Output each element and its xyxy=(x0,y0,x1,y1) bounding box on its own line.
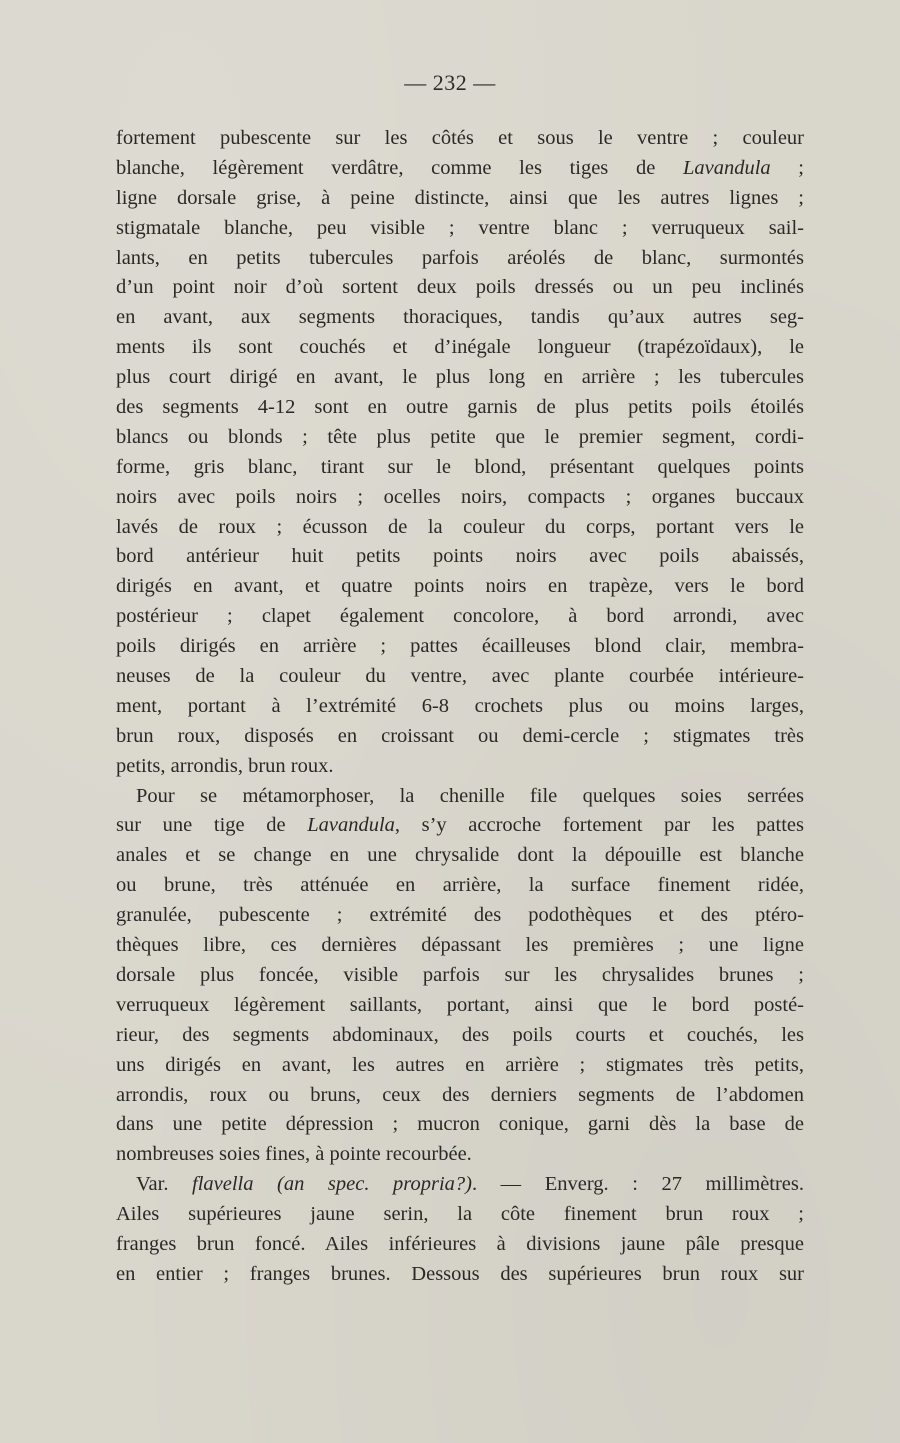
text-line: dirigés en avant, et quatre points noirs… xyxy=(116,572,804,602)
paragraph-metamorphosis: Pour se métamorphoser, la chenille file … xyxy=(116,782,804,1171)
text-line: blancs ou blonds ; tête plus petite que … xyxy=(116,423,804,453)
text-line: franges brun foncé. Ailes inférieures à … xyxy=(116,1230,804,1260)
text-line: Var. flavella (an spec. propria?). — Env… xyxy=(116,1170,804,1200)
text-line: fortement pubescente sur les côtés et so… xyxy=(116,124,804,154)
text-line: thèques libre, ces dernières dépassant l… xyxy=(116,931,804,961)
text-line: uns dirigés en avant, les autres en arri… xyxy=(116,1051,804,1081)
text-line: en avant, aux segments thoraciques, tand… xyxy=(116,303,804,333)
text-line: sur une tige de Lavandula, s’y accroche … xyxy=(116,811,804,841)
text-line: lants, en petits tubercules parfois aréo… xyxy=(116,244,804,274)
text-line: ments ils sont couchés et d’inégale long… xyxy=(116,333,804,363)
text-line: blanche, légèrement verdâtre, comme les … xyxy=(116,154,804,184)
text-line: Pour se métamorphoser, la chenille file … xyxy=(116,782,804,812)
paragraph-continuation: fortement pubescente sur les côtés et so… xyxy=(116,124,804,782)
text-line: forme, gris blanc, tirant sur le blond, … xyxy=(116,453,804,483)
text-line: lavés de roux ; écusson de la couleur du… xyxy=(116,513,804,543)
text-line: dans une petite dépression ; mucron coni… xyxy=(116,1110,804,1140)
genus-name: Lavandula xyxy=(683,157,771,179)
text-line: arrondis, roux ou bruns, ceux des dernie… xyxy=(116,1081,804,1111)
book-page: — 232 — fortement pubescente sur les côt… xyxy=(0,0,900,1443)
text-line: anales et se change en une chrysalide do… xyxy=(116,841,804,871)
text-line: en entier ; franges brunes. Dessous des … xyxy=(116,1260,804,1290)
text-line: noirs avec poils noirs ; ocelles noirs, … xyxy=(116,483,804,513)
genus-name: Lavandula xyxy=(307,814,395,836)
text-line: ou brune, très atténuée en arrière, la s… xyxy=(116,871,804,901)
text-line: granulée, pubescente ; extrémité des pod… xyxy=(116,901,804,931)
text-line: ment, portant à l’extrémité 6-8 crochets… xyxy=(116,692,804,722)
variety-name: flavella (an spec. propria?) xyxy=(192,1173,472,1195)
text-line: des segments 4-12 sont en outre garnis d… xyxy=(116,393,804,423)
text-line: verruqueux légèrement saillants, portant… xyxy=(116,991,804,1021)
body-text: fortement pubescente sur les côtés et so… xyxy=(116,124,804,1290)
text-line: nombreuses soies fines, à pointe recourb… xyxy=(116,1140,804,1170)
text-line: neuses de la couleur du ventre, avec pla… xyxy=(116,662,804,692)
text-line: petits, arrondis, brun roux. xyxy=(116,752,804,782)
text-line: stigmatale blanche, peu visible ; ventre… xyxy=(116,214,804,244)
text-line: ligne dorsale grise, à peine distincte, … xyxy=(116,184,804,214)
text-line: poils dirigés en arrière ; pattes écaill… xyxy=(116,632,804,662)
text-line: d’un point noir d’où sortent deux poils … xyxy=(116,273,804,303)
page-number: — 232 — xyxy=(0,70,900,96)
text-line: Ailes supérieures jaune serin, la côte f… xyxy=(116,1200,804,1230)
text-line: bord antérieur huit petits points noirs … xyxy=(116,542,804,572)
text-line: brun roux, disposés en croissant ou demi… xyxy=(116,722,804,752)
text-line: plus court dirigé en avant, le plus long… xyxy=(116,363,804,393)
text-line: postérieur ; clapet également concolore,… xyxy=(116,602,804,632)
text-line: dorsale plus foncée, visible parfois sur… xyxy=(116,961,804,991)
text-line: rieur, des segments abdominaux, des poil… xyxy=(116,1021,804,1051)
paragraph-variety: Var. flavella (an spec. propria?). — Env… xyxy=(116,1170,804,1290)
